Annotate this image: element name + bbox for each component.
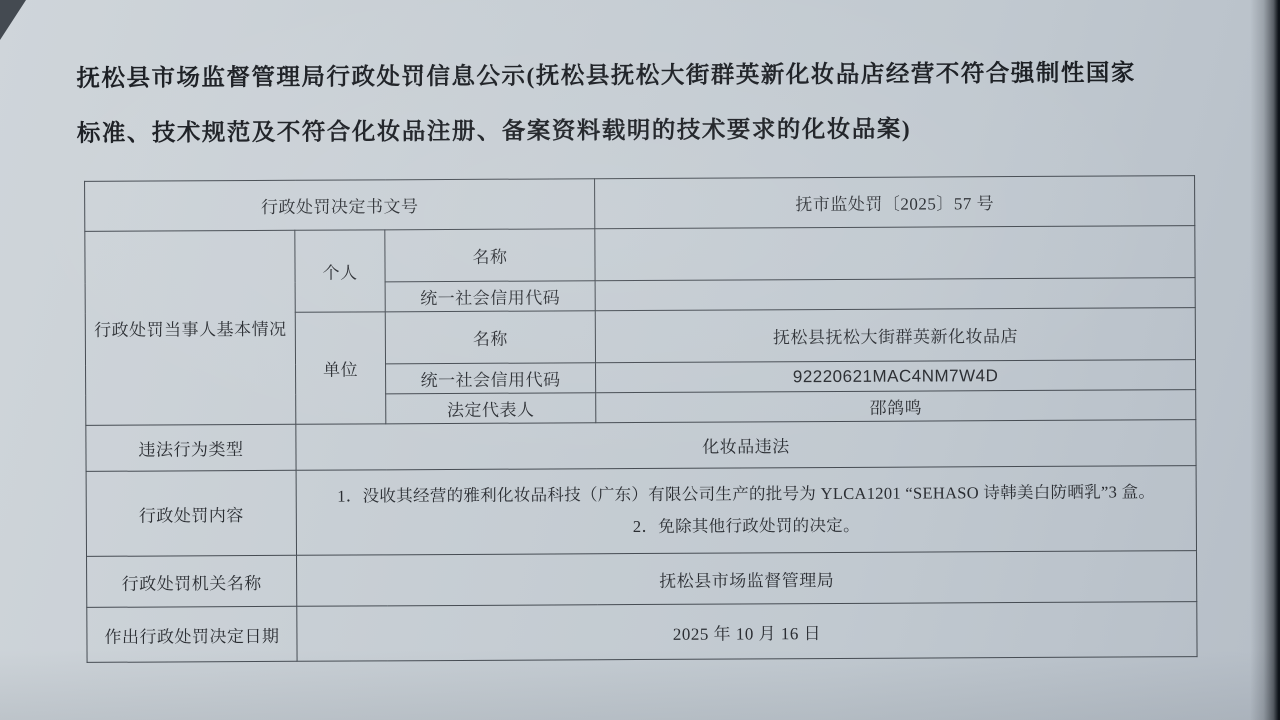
photo-dark-edge-right	[1250, 0, 1280, 720]
document-title-line2: 标准、技术规范及不符合化妆品注册、备案资料载明的技术要求的化妆品案)	[77, 108, 1197, 148]
authority-label: 行政处罚机关名称	[87, 555, 297, 607]
individual-uscc-value	[595, 278, 1195, 311]
unit-name-value: 抚松县抚松大街群英新化妆品店	[595, 308, 1195, 363]
document-title-line1: 抚松县市场监督管理局行政处罚信息公示(抚松县抚松大街群英新化妆品店经营不符合强制…	[76, 53, 1196, 93]
unit-name-label: 名称	[385, 311, 595, 364]
photo-vignette-bottom	[0, 650, 1280, 720]
table-row: 行政处罚当事人基本情况 个人 名称	[85, 226, 1195, 284]
penalty-content-item-2: 2．免除其他行政处罚的决定。	[305, 508, 1188, 545]
table-row: 行政处罚内容 1．没收其经营的雅利化妆品科技（广东）有限公司生产的批号为 YLC…	[86, 466, 1196, 557]
legal-rep-label: 法定代表人	[386, 393, 596, 424]
individual-uscc-label: 统一社会信用代码	[385, 281, 595, 312]
unit-label: 单位	[295, 312, 386, 424]
penalty-content-value: 1．没收其经营的雅利化妆品科技（广东）有限公司生产的批号为 YLCA1201 “…	[296, 466, 1196, 556]
violation-type-value: 化妆品违法	[296, 420, 1196, 471]
legal-rep-value: 邵鸽鸣	[596, 390, 1196, 423]
individual-name-label: 名称	[385, 229, 595, 282]
unit-uscc-value: 92220621MAC4NM7W4D	[596, 360, 1196, 393]
penalty-content-item-1: 1．没收其经营的雅利化妆品科技（广东）有限公司生产的批号为 YLCA1201 “…	[305, 476, 1188, 513]
decision-doc-no-value: 抚市监处罚〔2025〕57 号	[595, 176, 1195, 229]
unit-uscc-label: 统一社会信用代码	[386, 363, 596, 394]
table-row: 行政处罚决定书文号 抚市监处罚〔2025〕57 号	[85, 176, 1195, 232]
individual-name-value	[595, 226, 1195, 281]
party-info-label: 行政处罚当事人基本情况	[85, 230, 296, 425]
penalty-info-table: 行政处罚决定书文号 抚市监处罚〔2025〕57 号 行政处罚当事人基本情况 个人…	[84, 175, 1198, 663]
penalty-content-label: 行政处罚内容	[86, 470, 296, 556]
decision-doc-no-label: 行政处罚决定书文号	[85, 179, 595, 232]
authority-value: 抚松县市场监督管理局	[297, 551, 1197, 607]
document-photo: 抚松县市场监督管理局行政处罚信息公示(抚松县抚松大街群英新化妆品店经营不符合强制…	[0, 0, 1280, 720]
violation-type-label: 违法行为类型	[86, 424, 296, 471]
photo-dark-corner-top-left	[0, 0, 26, 40]
table-row: 行政处罚机关名称 抚松县市场监督管理局	[87, 551, 1197, 608]
individual-label: 个人	[295, 230, 385, 312]
table-row: 违法行为类型 化妆品违法	[86, 420, 1196, 472]
